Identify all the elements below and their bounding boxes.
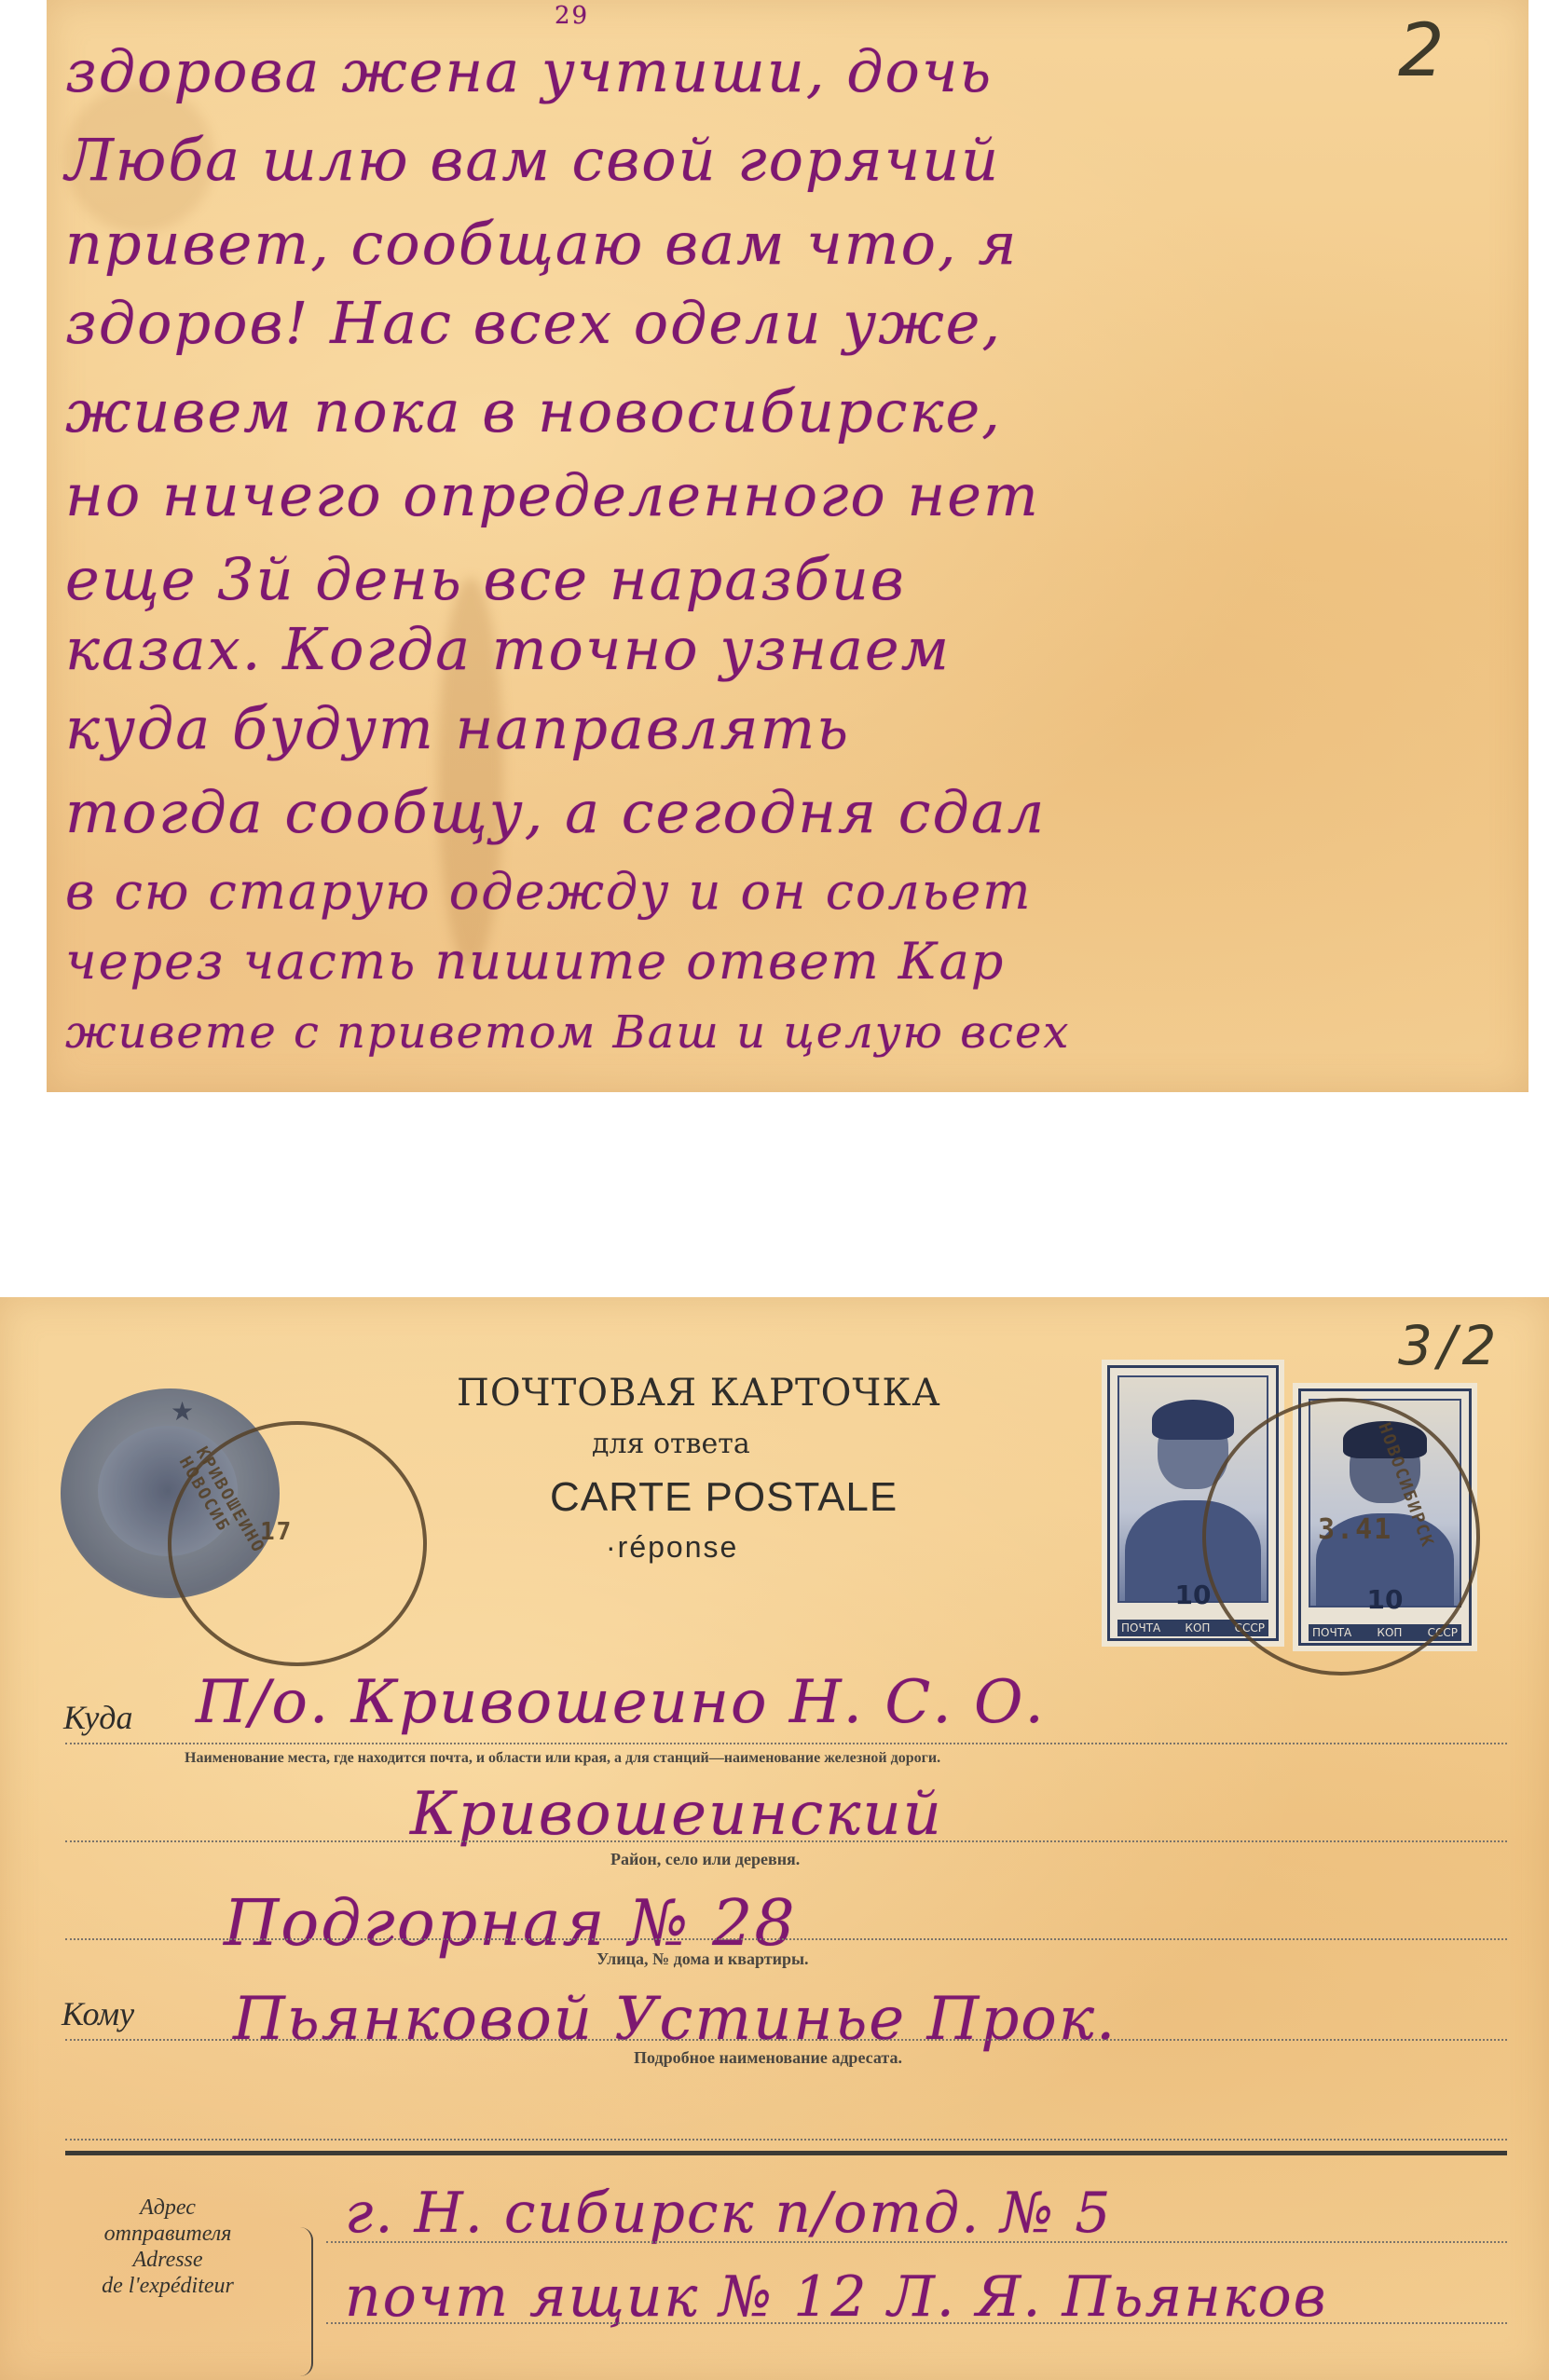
postmark-text: КРИВОШЕИНО НОВОСИБ bbox=[175, 1443, 316, 1648]
sender-label: Адрес отправителя Adresse de l'expéditeu… bbox=[56, 2195, 280, 2299]
sender-line: почт ящик № 12 Л. Я. Пьянков bbox=[345, 2264, 1328, 2330]
to-value: П/о. Кривошеино Н. С. О. bbox=[196, 1668, 1046, 1737]
postmark-right: 3.41 НОВОСИБИРСК bbox=[1202, 1398, 1480, 1676]
letter-line: еще 3й день все наразбив bbox=[65, 545, 906, 613]
archive-mark: 2 bbox=[1398, 9, 1445, 93]
to-label: Куда bbox=[63, 1698, 132, 1737]
brace bbox=[298, 2227, 313, 2376]
archive-mark: 3/2 bbox=[1398, 1314, 1501, 1377]
letter-line: живете с приветом Ваш и целую всех bbox=[65, 1006, 1070, 1059]
letter-line: привет, сообщаю вам что, я bbox=[65, 210, 1018, 278]
star-icon: ★ bbox=[171, 1396, 194, 1427]
page-number: 29 bbox=[555, 2, 589, 30]
district-value: Кривошеинский bbox=[410, 1780, 943, 1849]
dotted-line bbox=[65, 1743, 1507, 1744]
letter-line: через часть пишите ответ Кар bbox=[65, 932, 1005, 991]
letter-line: живем пока в новосибирске, bbox=[65, 377, 1002, 445]
dotted-line bbox=[65, 2139, 1507, 2141]
sender-line: г. Н. сибирск п/отд. № 5 bbox=[345, 2181, 1112, 2246]
dotted-line bbox=[326, 2322, 1507, 2324]
district-hint: Район, село или деревня. bbox=[610, 1850, 800, 1869]
card-title-fr: CARTE POSTALE bbox=[550, 1474, 898, 1521]
letter-line: но ничего определенного нет bbox=[65, 461, 1040, 529]
dotted-line bbox=[65, 1938, 1507, 1940]
postmark-date: 3.41 bbox=[1318, 1513, 1392, 1546]
to-hint: Наименование места, где находится почта,… bbox=[185, 1750, 940, 1767]
dotted-line bbox=[65, 1840, 1507, 1842]
street-hint: Улица, № дома и квартиры. bbox=[596, 1949, 809, 1969]
card-title-ru: ПОЧТОВАЯ КАРТОЧКА bbox=[457, 1372, 941, 1415]
letter-line: казах. Когда точно узнаем bbox=[65, 615, 951, 683]
letter-line: здорова жена учтиши, дочь bbox=[65, 37, 993, 105]
whom-hint: Подробное наименование адресата. bbox=[634, 2048, 902, 2068]
card-subtitle-fr: ·réponse bbox=[606, 1530, 738, 1565]
postmark-left: 17 КРИВОШЕИНО НОВОСИБ bbox=[168, 1421, 427, 1666]
whom-label: Кому bbox=[62, 1994, 134, 2033]
letter-line: Люба шлю вам свой горячий bbox=[65, 126, 1000, 194]
dotted-line bbox=[326, 2241, 1507, 2243]
whom-value: Пьянковой Устинье Прок. bbox=[233, 1985, 1117, 2054]
letter-line: тогда сообщу, а сегодня сдал bbox=[65, 778, 1046, 846]
divider bbox=[65, 2151, 1507, 2155]
card-subtitle-ru: для ответа bbox=[592, 1428, 750, 1460]
dotted-line bbox=[65, 2039, 1507, 2041]
letter-line: куда будут направлять bbox=[65, 694, 850, 762]
letter-line: здоров! Нас всех одели уже, bbox=[65, 289, 1002, 357]
letter-line: в сю старую одежду и он сольет bbox=[65, 862, 1032, 921]
